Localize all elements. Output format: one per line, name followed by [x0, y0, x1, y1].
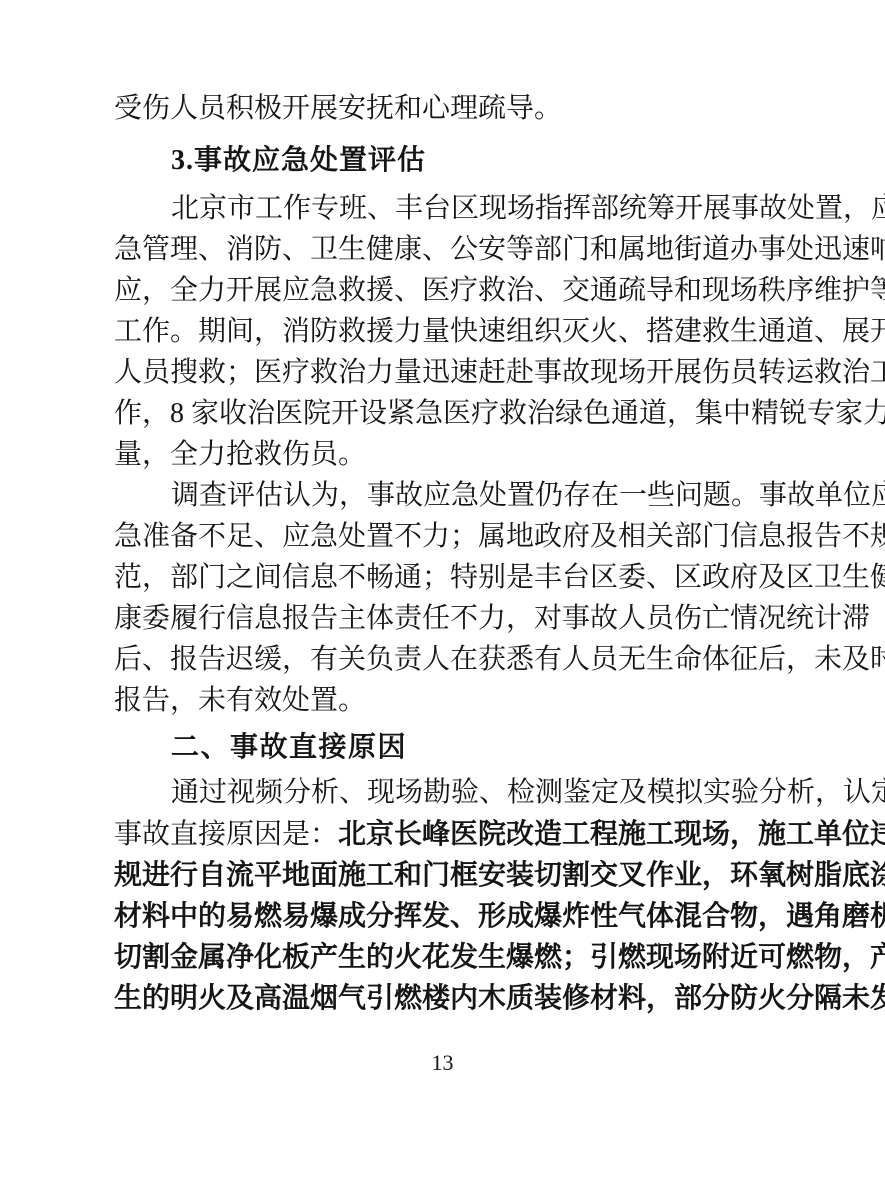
- body-text: 通过视频分析、现场勘验、检测鉴定及模拟实验分析，认定: [171, 777, 885, 808]
- body-line: 工作。期间，消防救援力量快速组织灭火、搭建救生通道、展开: [114, 311, 774, 352]
- body-line: 北京市工作专班、丰台区现场指挥部统筹开展事故处置，应: [114, 188, 774, 229]
- body-text: 人员搜救；医疗救治力量迅速赶赴事故现场开展伤员转运救治工: [114, 357, 885, 388]
- body-line: 通过视频分析、现场勘验、检测鉴定及模拟实验分析，认定: [114, 772, 774, 813]
- body-text: 受伤人员积极开展安抚和心理疏导。: [114, 93, 562, 124]
- heading-text: 二、事故直接原因: [171, 731, 407, 762]
- emphasis-line: 规进行自流平地面施工和门框安装切割交叉作业，环氧树脂底涂: [114, 854, 774, 895]
- body-text: 调查评估认为，事故应急处置仍存在一些问题。事故单位应: [171, 480, 885, 511]
- body-text: 作，8 家收治医院开设紧急医疗救治绿色通道，集中精锐专家力: [114, 398, 885, 429]
- body-line: 量，全力抢救伤员。: [114, 434, 774, 475]
- body-text: 事故直接原因是：: [114, 819, 338, 850]
- body-line: 范，部门之间信息不畅通；特别是丰台区委、区政府及区卫生健: [114, 557, 774, 598]
- body-line: 报告，未有效处置。: [114, 680, 774, 721]
- body-text: 工作。期间，消防救援力量快速组织灭火、搭建救生通道、展开: [114, 316, 885, 347]
- page-number: 13: [0, 1048, 885, 1078]
- emphasis-line: 切割金属净化板产生的火花发生爆燃；引燃现场附近可燃物，产: [114, 936, 774, 977]
- body-line: 康委履行信息报告主体责任不力，对事故人员伤亡情况统计滞: [114, 598, 774, 639]
- emphasis-text: 材料中的易燃易爆成分挥发、形成爆炸性气体混合物，遇角磨机: [114, 900, 885, 931]
- section-heading: 二、事故直接原因: [114, 726, 774, 767]
- body-text: 北京市工作专班、丰台区现场指挥部统筹开展事故处置，应: [171, 193, 885, 224]
- emphasis-text: 切割金属净化板产生的火花发生爆燃；引燃现场附近可燃物，产: [114, 941, 885, 972]
- body-text: 范，部门之间信息不畅通；特别是丰台区委、区政府及区卫生健: [114, 562, 885, 593]
- body-text: 急管理、消防、卫生健康、公安等部门和属地街道办事处迅速响: [114, 234, 885, 265]
- body-text: 后、报告迟缓，有关负责人在获悉有人员无生命体征后，未及时: [114, 644, 885, 675]
- body-line: 作，8 家收治医院开设紧急医疗救治绿色通道，集中精锐专家力: [114, 393, 774, 434]
- body-text: 应，全力开展应急救援、医疗救治、交通疏导和现场秩序维护等: [114, 275, 885, 306]
- body-line: 急管理、消防、卫生健康、公安等部门和属地街道办事处迅速响: [114, 229, 774, 270]
- body-text: 急准备不足、应急处置不力；属地政府及相关部门信息报告不规: [114, 521, 885, 552]
- subsection-heading: 3.事故应急处置评估: [114, 140, 774, 181]
- document-page: 受伤人员积极开展安抚和心理疏导。 3.事故应急处置评估 北京市工作专班、丰台区现…: [0, 0, 885, 1183]
- body-line: 调查评估认为，事故应急处置仍存在一些问题。事故单位应: [114, 475, 774, 516]
- body-line: 受伤人员积极开展安抚和心理疏导。: [114, 88, 774, 129]
- emphasis-text: 规进行自流平地面施工和门框安装切割交叉作业，环氧树脂底涂: [114, 859, 885, 890]
- text-block: 受伤人员积极开展安抚和心理疏导。 3.事故应急处置评估 北京市工作专班、丰台区现…: [114, 88, 774, 1018]
- emphasis-line: 材料中的易燃易爆成分挥发、形成爆炸性气体混合物，遇角磨机: [114, 895, 774, 936]
- body-line-mixed: 事故直接原因是：北京长峰医院改造工程施工现场，施工单位违: [114, 813, 774, 854]
- heading-text: 3.事故应急处置评估: [171, 145, 426, 176]
- body-line: 后、报告迟缓，有关负责人在获悉有人员无生命体征后，未及时: [114, 639, 774, 680]
- body-line: 人员搜救；医疗救治力量迅速赶赴事故现场开展伤员转运救治工: [114, 352, 774, 393]
- emphasis-line: 生的明火及高温烟气引燃楼内木质装修材料，部分防火分隔未发: [114, 977, 774, 1018]
- emphasis-text: 北京长峰医院改造工程施工现场，施工单位违: [338, 818, 885, 849]
- body-text: 康委履行信息报告主体责任不力，对事故人员伤亡情况统计滞: [114, 603, 870, 634]
- body-text: 量，全力抢救伤员。: [114, 439, 366, 470]
- body-line: 应，全力开展应急救援、医疗救治、交通疏导和现场秩序维护等: [114, 270, 774, 311]
- body-line: 急准备不足、应急处置不力；属地政府及相关部门信息报告不规: [114, 516, 774, 557]
- body-text: 报告，未有效处置。: [114, 685, 366, 716]
- emphasis-text: 生的明火及高温烟气引燃楼内木质装修材料，部分防火分隔未发: [114, 982, 885, 1013]
